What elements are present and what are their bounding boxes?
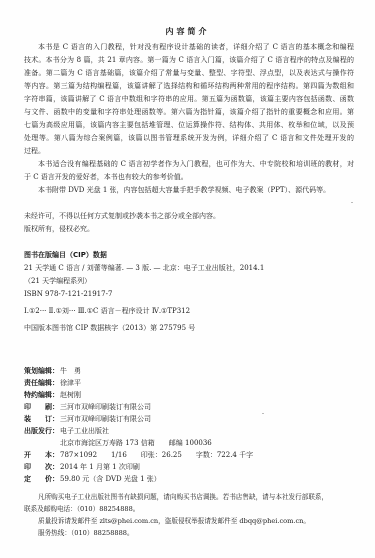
summary-line: 等内容。第三篇为结构编程篇，该篇讲解了选择结构和循环结构两种常用的程序结构。第四… (24, 80, 354, 93)
scan-speck (351, 202, 353, 203)
credit-value: 三河市双峰印刷装订有限公司 (60, 401, 151, 413)
credit-value: 徐津平 (60, 377, 81, 389)
summary-line: 过程。 (24, 145, 354, 158)
audience-line: 于 C 语言开发的爱好者，本书也有较大的参考价值。 (24, 171, 354, 184)
spec-words: 字数：722.4 千字 (196, 449, 253, 461)
price-value: 59.80 元（含 DVD 光盘 1 张） (60, 473, 161, 485)
credit-value: 电子工业出版社 (60, 425, 109, 437)
copyright-notice: 未经许可，不得以任何方式复制或抄袭本书之部分或全部内容。 (24, 210, 220, 223)
credit-label: 特约编辑： (24, 389, 60, 401)
credit-label: 责任编辑： (24, 377, 60, 389)
cip-number: 中国版本图书馆 CIP 数据核字（2013）第 275795 号 (24, 322, 195, 335)
audience-line: 本书适合没有编程基础的 C 语言初学者作为入门教程，也可作为大、中专院校和培训班… (24, 158, 354, 171)
credit-row: 出版发行：电子工业出版社 (24, 425, 109, 437)
summary-line: 七篇为高级应用篇，该篇内容主要包括堆管理、位运算操作符、结构体、共用体、枚举和位… (24, 119, 354, 132)
audience-paragraph: 本书适合没有编程基础的 C 语言初学者作为入门教程，也可作为大、中专院校和培训班… (24, 158, 354, 184)
summary-line: 准备。第二篇为 C 语言基础篇，该篇介绍了常量与变量、整型、字符型、浮点型，以及… (24, 67, 354, 80)
edition-row: 印 次：2014 年 1 月第 1 次印刷 (24, 461, 140, 473)
spec-sheets: 印张：26.25 (141, 449, 182, 461)
credit-value: 三河市双峰印刷装订有限公司 (60, 413, 151, 425)
credit-label: 策划编辑： (24, 365, 60, 377)
credit-row: 责任编辑：徐津平 (24, 377, 81, 389)
spec-row: 开 本：787×10921/16印张：26.25字数：722.4 千字 (24, 449, 267, 461)
cip-classification: Ⅰ.①2··· Ⅱ.①刘··· Ⅲ.①C 语言－程序设计 Ⅳ.①TP312 (24, 305, 190, 318)
credit-row: 特约编辑：赵树刚 (24, 389, 81, 401)
credit-row: 装 订：三河市双峰印刷装订有限公司 (24, 413, 151, 425)
edition-label: 印 次： (24, 461, 60, 473)
spec-fold: 1/16 (111, 449, 127, 461)
cip-heading: 图书在版编目（CIP）数据 (24, 249, 107, 262)
summary-line: 本书是 C 语言的入门教程，针对没有程序设计基础的读者，详细介绍了 C 语言的基… (24, 41, 354, 54)
notice-line: 服务热线：（010）88258888。 (38, 527, 134, 540)
summary-paragraph: 本书是 C 语言的入门教程，针对没有程序设计基础的读者，详细介绍了 C 语言的基… (24, 41, 354, 158)
summary-line: 处理等。第八篇为综合案例篇，该篇以图书管理系统开发为例，详细介绍了 C 语言和文… (24, 132, 354, 145)
edition-value: 2014 年 1 月第 1 次印刷 (60, 461, 140, 473)
cip-entry: 21 天学通 C 语言 / 刘蕾等编著. — 3 版. — 北京：电子工业出版社… (24, 262, 264, 275)
credit-row: 策划编辑：牛 勇 (24, 365, 81, 377)
spec-label: 开 本： (24, 449, 60, 461)
credit-value: 牛 勇 (60, 365, 81, 377)
credit-label: 出版发行： (24, 425, 60, 437)
spec-format: 787×1092 (60, 449, 97, 461)
dvd-note: 本书附带 DVD 光盘 1 张，内容包括超大容量手把手教学视频、电子教案（PPT… (38, 184, 330, 197)
copyright-page: 内容简介 本书是 C 语言的入门教程，针对没有程序设计基础的读者，详细介绍了 C… (0, 0, 375, 558)
credit-label: 装 订： (24, 413, 60, 425)
rights-reserved: 版权所有，侵权必究。 (24, 223, 94, 236)
scan-speck (262, 413, 264, 414)
publisher-address: 北京市海淀区万寿路 173 信箱 邮编 100036 (60, 437, 212, 449)
summary-line: 与文件、函数中的变量和字符串处理函数等。第六篇为指针篇，该篇介绍了指针的重要概念… (24, 106, 354, 119)
isbn: ISBN 978-7-121-21917-7 (24, 288, 112, 301)
summary-line: 字符串篇，该篇讲解了 C 语言中数组和字符串的应用。第五篇为函数篇，该篇主要内容… (24, 93, 354, 106)
cip-series: （21 天学编程系列） (24, 275, 91, 288)
credit-row: 印 刷：三河市双峰印刷装订有限公司 (24, 401, 151, 413)
summary-line: 技术。本书分为 8 篇，共 21 章内容。第一篇为 C 语言入门篇，该篇介绍了 … (24, 54, 354, 67)
credit-label: 印 刷： (24, 401, 60, 413)
credit-value: 赵树刚 (60, 389, 81, 401)
page-title: 内容简介 (0, 26, 375, 37)
price-row: 定 价：59.80 元（含 DVD 光盘 1 张） (24, 473, 161, 485)
price-label: 定 价： (24, 473, 60, 485)
